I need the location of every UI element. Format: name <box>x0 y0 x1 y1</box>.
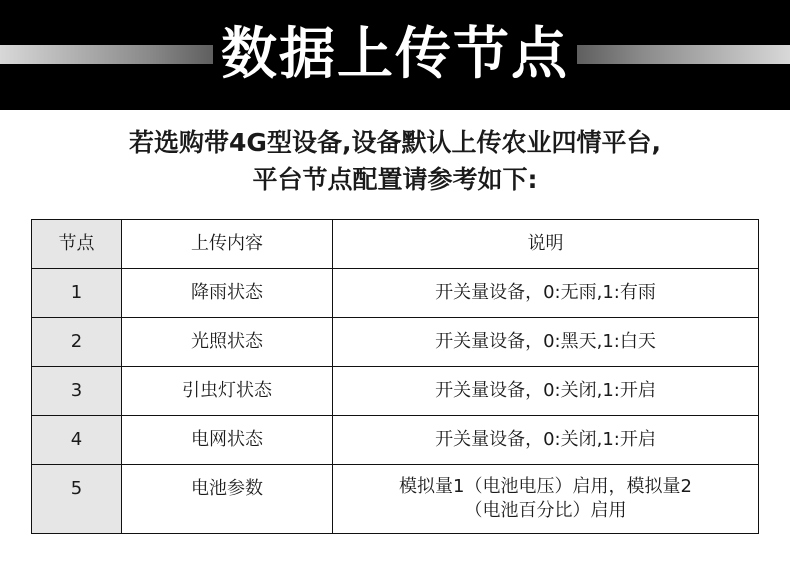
page-title-text: 数据上传节点 <box>213 22 577 87</box>
table-row: 1 降雨状态 开关量设备，0:无雨,1:有雨 <box>32 269 759 318</box>
description: 开关量设备，0:黑天,1:白天 <box>333 318 759 367</box>
upload-content: 电网状态 <box>122 416 333 465</box>
upload-content: 降雨状态 <box>122 269 333 318</box>
description: 开关量设备，0:关闭,1:开启 <box>333 416 759 465</box>
node-number: 2 <box>32 318 122 367</box>
node-number: 1 <box>32 269 122 318</box>
table-header-row: 节点 上传内容 说明 <box>32 220 759 269</box>
description-line-2: （电池百分比）启用 <box>333 499 758 523</box>
description: 开关量设备，0:无雨,1:有雨 <box>333 269 759 318</box>
header-node: 节点 <box>32 220 122 269</box>
node-number: 4 <box>32 416 122 465</box>
description: 开关量设备，0:关闭,1:开启 <box>333 367 759 416</box>
upload-content: 光照状态 <box>122 318 333 367</box>
table-row: 4 电网状态 开关量设备，0:关闭,1:开启 <box>32 416 759 465</box>
page-title: 数据上传节点 <box>0 22 790 88</box>
intro-line-1: 若选购带4G型设备,设备默认上传农业四情平台, <box>0 124 790 161</box>
table-row: 3 引虫灯状态 开关量设备，0:关闭,1:开启 <box>32 367 759 416</box>
table-row: 2 光照状态 开关量设备，0:黑天,1:白天 <box>32 318 759 367</box>
description-line-1: 模拟量1（电池电压）启用，模拟量2 <box>333 475 758 499</box>
intro-text: 若选购带4G型设备,设备默认上传农业四情平台, 平台节点配置请参考如下: <box>0 124 790 198</box>
header-description: 说明 <box>333 220 759 269</box>
header-banner: 数据上传节点 <box>0 0 790 110</box>
description: 模拟量1（电池电压）启用，模拟量2 （电池百分比）启用 <box>333 465 759 534</box>
node-number: 3 <box>32 367 122 416</box>
node-config-table: 节点 上传内容 说明 1 降雨状态 开关量设备，0:无雨,1:有雨 2 光照状态… <box>31 219 759 534</box>
node-number: 5 <box>32 465 122 534</box>
header-content: 上传内容 <box>122 220 333 269</box>
upload-content: 引虫灯状态 <box>122 367 333 416</box>
table-row: 5 电池参数 模拟量1（电池电压）启用，模拟量2 （电池百分比）启用 <box>32 465 759 534</box>
upload-content: 电池参数 <box>122 465 333 534</box>
intro-line-2: 平台节点配置请参考如下: <box>0 161 790 198</box>
